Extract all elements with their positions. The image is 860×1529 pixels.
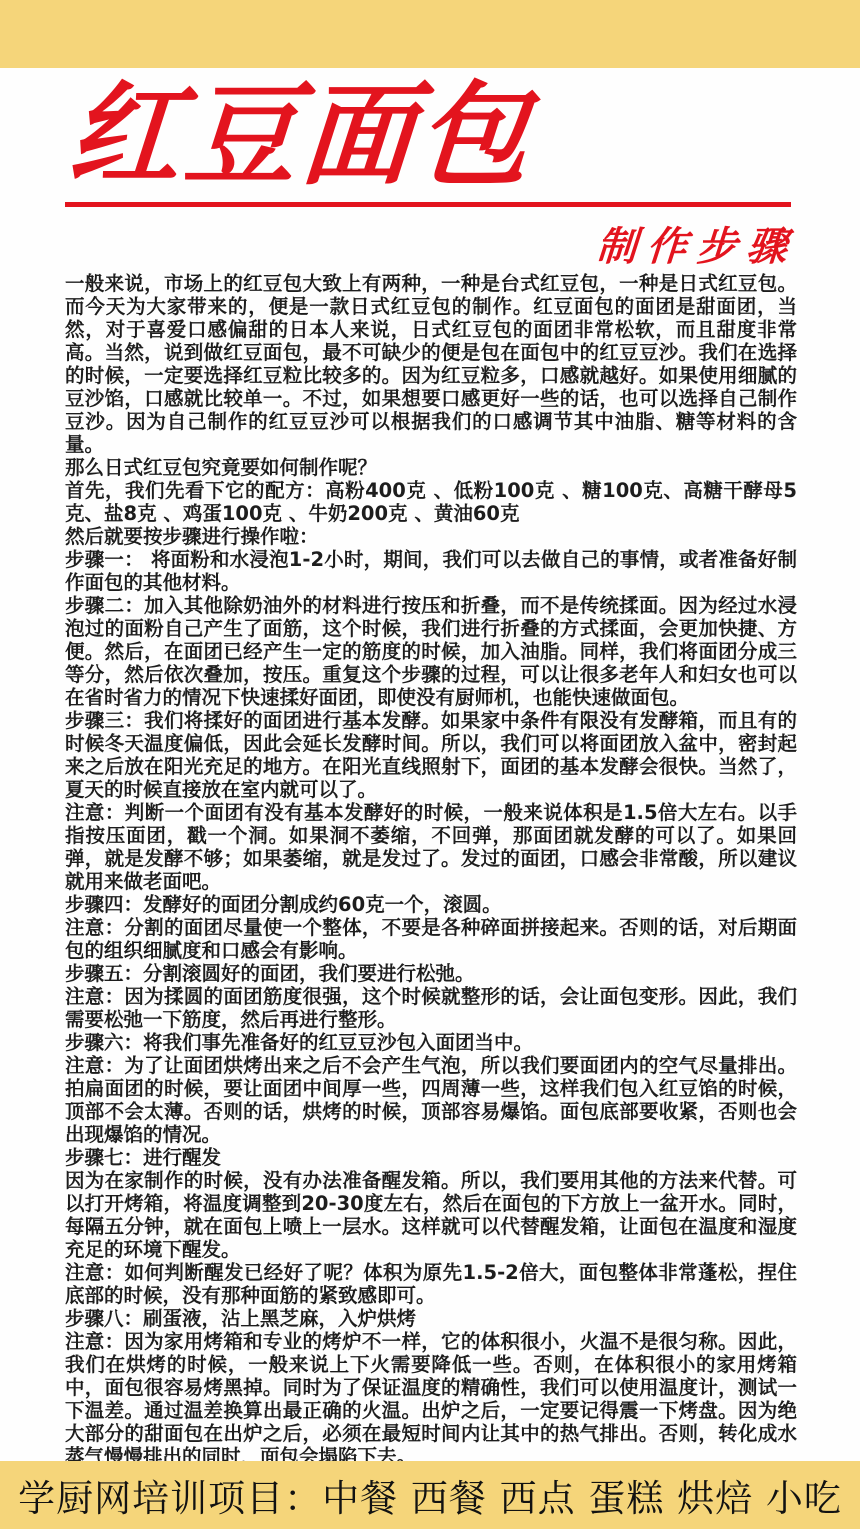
- poster-title: 红豆面包: [65, 68, 806, 192]
- paragraph: 步骤八：刷蛋液，沾上黑芝麻，入炉烘烤: [65, 1307, 797, 1330]
- top-yellow-band: [0, 0, 860, 68]
- footer-yellow-band: 学厨网培训项目：中餐 西餐 西点 蛋糕 烘焙 小吃: [0, 1461, 860, 1529]
- paragraph: 因为在家制作的时候，没有办法准备醒发箱。所以，我们要用其他的方法来代替。可以打开…: [65, 1169, 797, 1261]
- recipe-poster: 红豆面包 制作步骤 一般来说，市场上的红豆包大致上有两种，一种是台式红豆包，一种…: [0, 0, 860, 1529]
- paragraph: 注意：分割的面团尽量使一个整体，不要是各种碎面拼接起来。否则的话，对后期面包的组…: [65, 916, 797, 962]
- paragraph: 步骤七：进行醒发: [65, 1146, 797, 1169]
- paragraph: 注意：为了让面团烘烤出来之后不会产生气泡，所以我们要面团内的空气尽量排出。拍扁面…: [65, 1054, 797, 1146]
- poster-header: 红豆面包 制作步骤: [65, 68, 797, 272]
- paragraph: 注意：判断一个面团有没有基本发酵好的时候，一般来说体积是1.5倍大左右。以手指按…: [65, 801, 797, 893]
- paragraph: 步骤三：我们将揉好的面团进行基本发酵。如果家中条件有限没有发酵箱，而且有的时候冬…: [65, 709, 797, 801]
- paragraph: 注意：如何判断醒发已经好了呢？体积为原先1.5-2倍大，面包整体非常蓬松，捏住底…: [65, 1261, 797, 1307]
- paragraph: 一般来说，市场上的红豆包大致上有两种，一种是台式红豆包，一种是日式红豆包。而今天…: [65, 272, 797, 456]
- paragraph: 注意：因为家用烤箱和专业的烤炉不一样，它的体积很小，火温不是很匀称。因此，我们在…: [65, 1330, 797, 1468]
- paragraph: 注意：因为揉圆的面团筋度很强，这个时候就整形的话，会让面包变形。因此，我们需要松…: [65, 985, 797, 1031]
- paragraph: 步骤一： 将面粉和水浸泡1-2小时，期间，我们可以去做自己的事情，或者准备好制作…: [65, 548, 797, 594]
- recipe-instructions: 一般来说，市场上的红豆包大致上有两种，一种是台式红豆包，一种是日式红豆包。而今天…: [65, 272, 797, 1468]
- paragraph: 首先，我们先看下它的配方：高粉400克 、低粉100克 、糖100克、高糖干酵母…: [65, 479, 797, 525]
- poster-subtitle: 制作步骤: [65, 215, 801, 272]
- paragraph: 步骤六：将我们事先准备好的红豆豆沙包入面团当中。: [65, 1031, 797, 1054]
- title-underline: [65, 202, 791, 207]
- paragraph: 那么日式红豆包究竟要如何制作呢？: [65, 456, 797, 479]
- paragraph: 步骤二：加入其他除奶油外的材料进行按压和折叠，而不是传统揉面。因为经过水浸泡过的…: [65, 594, 797, 709]
- paragraph: 然后就要按步骤进行操作啦：: [65, 525, 797, 548]
- paragraph: 步骤五：分割滚圆好的面团，我们要进行松弛。: [65, 962, 797, 985]
- paragraph: 步骤四：发酵好的面团分割成约60克一个，滚圆。: [65, 893, 797, 916]
- footer-text: 学厨网培训项目：中餐 西餐 西点 蛋糕 烘焙 小吃: [18, 1468, 842, 1522]
